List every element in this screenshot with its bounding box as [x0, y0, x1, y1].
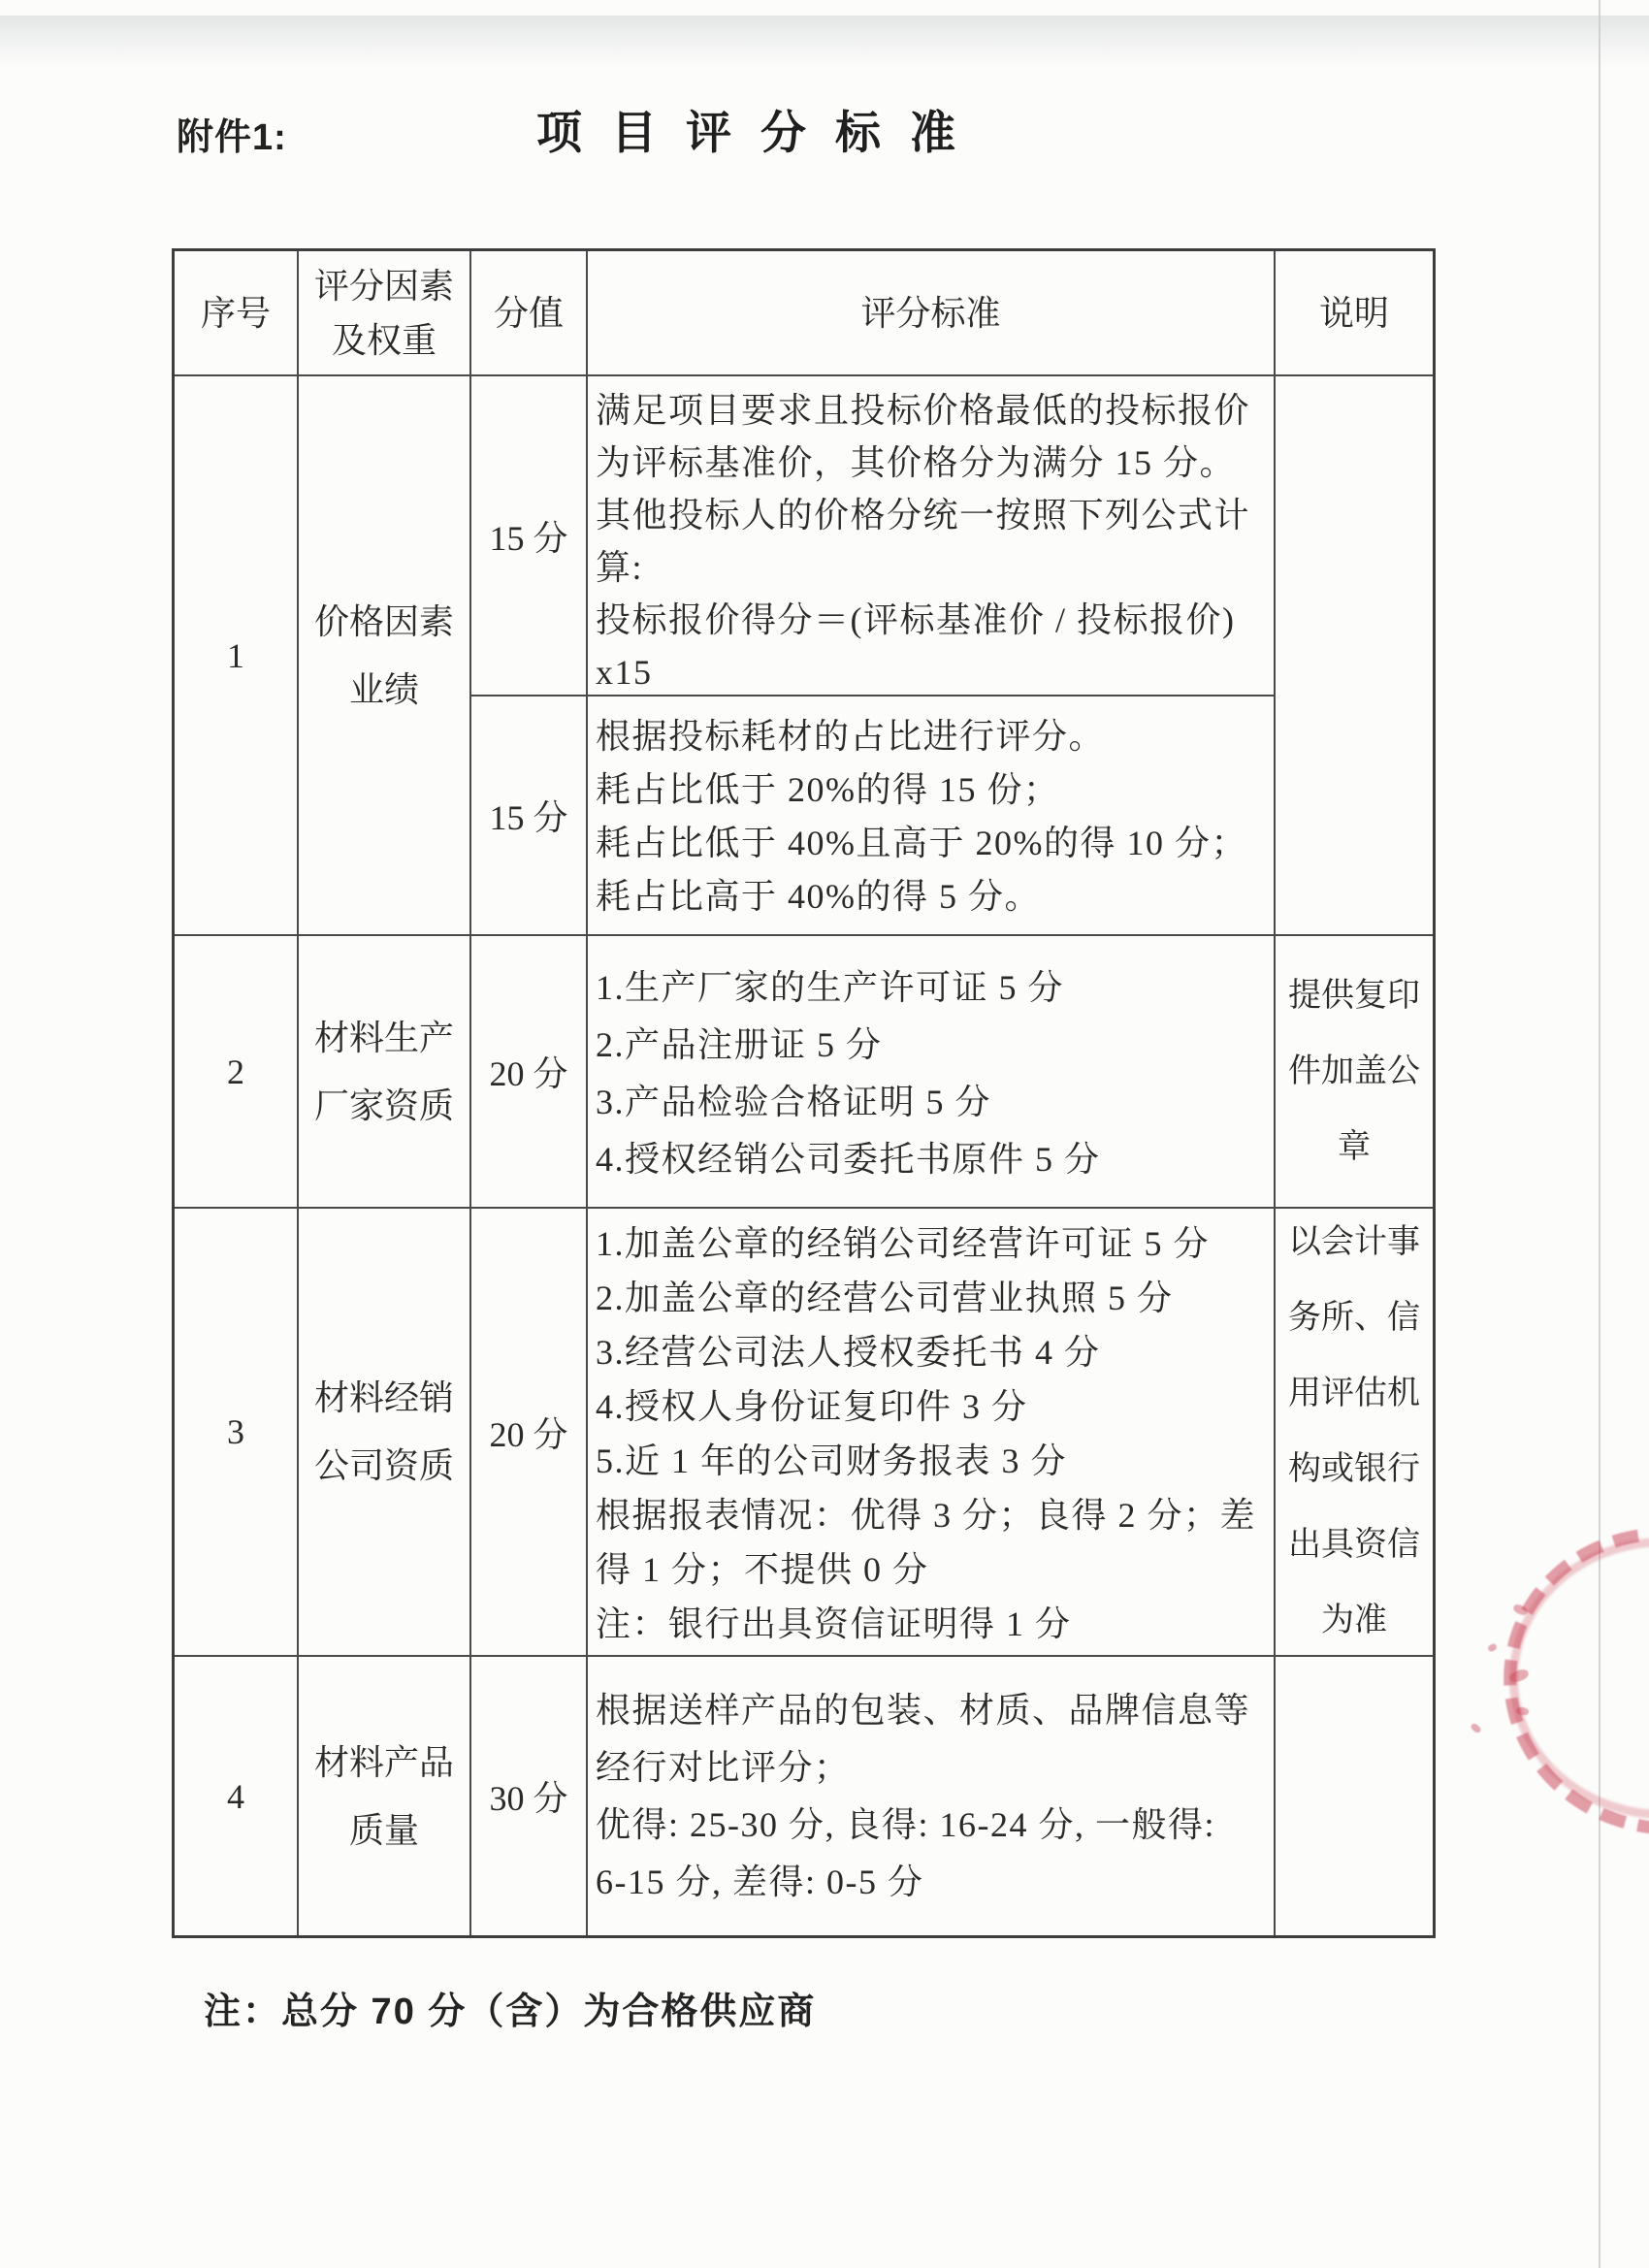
row1-note-cell: [1276, 376, 1433, 936]
row1-sub1-criteria-cell: 满足项目要求且投标价格最低的投标报价 为评标基准价，其价格分为满分 15 分。 …: [588, 376, 1276, 697]
row4-no-cell: 4: [175, 1657, 299, 1935]
page-title: 项目评分标准: [536, 97, 985, 162]
red-ink-speck: [1470, 1722, 1482, 1733]
row4-note-cell: [1276, 1657, 1433, 1935]
scanned-document-page: 附件1: 项目评分标准 序号 评分因素 及权重 分值 评分标准 说明 1 价格因…: [0, 0, 1649, 2268]
red-stamp-fragment-inner: [1509, 1538, 1649, 1819]
row1-sub2-score-cell: 15 分: [471, 697, 588, 936]
red-ink-speck: [1487, 1642, 1498, 1653]
row3-note-cell: 以会计事 务所、信 用评估机 构或银行 出具资信 为准: [1276, 1209, 1433, 1657]
row3-no-cell: 3: [175, 1209, 299, 1657]
row3-factor-cell: 材料经销 公司资质: [299, 1209, 471, 1657]
row3-criteria-cell: 1.加盖公章的经销公司经营许可证 5 分 2.加盖公章的经营公司营业执照 5 分…: [588, 1209, 1276, 1657]
row1-no-cell: 1: [175, 376, 299, 936]
row2-criteria-cell: 1.生产厂家的生产许可证 5 分 2.产品注册证 5 分 3.产品检验合格证明 …: [588, 936, 1276, 1209]
total-score-footnote: 注：总分 70 分（含）为合格供应商: [204, 1981, 816, 2034]
scan-shadow-top: [0, 16, 1649, 66]
scoring-table: 序号 评分因素 及权重 分值 评分标准 说明 1 价格因素 业绩 15 分 满足…: [172, 248, 1436, 1938]
attachment-label: 附件1:: [177, 107, 287, 160]
header-note: 说明: [1276, 251, 1433, 376]
row4-factor-cell: 材料产品 质量: [299, 1657, 471, 1935]
row2-no-cell: 2: [175, 936, 299, 1209]
row3-score-cell: 20 分: [471, 1209, 588, 1657]
row4-criteria-cell: 根据送样产品的包装、材质、品牌信息等 经行对比评分； 优得: 25-30 分, …: [588, 1657, 1276, 1935]
row2-score-cell: 20 分: [471, 936, 588, 1209]
header-criteria: 评分标准: [588, 251, 1276, 376]
row2-factor-cell: 材料生产 厂家资质: [299, 936, 471, 1209]
row2-note-cell: 提供复印 件加盖公 章: [1276, 936, 1433, 1209]
row4-score-cell: 30 分: [471, 1657, 588, 1935]
scan-edge-line: [1599, 0, 1600, 2268]
row1-sub2-criteria-cell: 根据投标耗材的占比进行评分。 耗占比低于 20%的得 15 份； 耗占比低于 4…: [588, 697, 1276, 936]
header-factor: 评分因素 及权重: [299, 251, 471, 376]
header-score: 分值: [471, 251, 588, 376]
row1-sub1-score-cell: 15 分: [471, 376, 588, 697]
row1-factor-cell: 价格因素 业绩: [299, 376, 471, 936]
header-no: 序号: [175, 251, 299, 376]
